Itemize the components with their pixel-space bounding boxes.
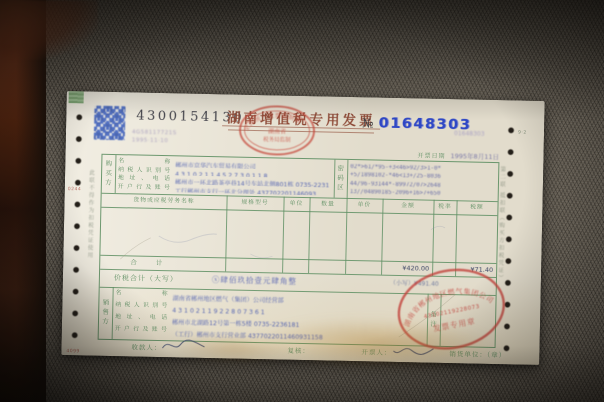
faint-print-line: 4G58117721S <box>132 129 177 136</box>
margin-code: 0244 <box>68 187 82 192</box>
qr-code <box>94 106 126 141</box>
faint-print-line: 1995·11·10 <box>132 137 169 144</box>
sprocket-holes-left <box>67 107 86 353</box>
serial-ghost-print: 01648303 <box>454 130 485 138</box>
issue-date-value: 1995年8月11日 <box>450 152 499 161</box>
numero-sign: № <box>362 116 374 130</box>
photo-scene: 0244 4099 9·2 4300154130 4G58117721S 199… <box>0 0 604 402</box>
stamp-center-text: 湖南省 <box>268 127 286 135</box>
left-edge-vertical-text: 此联不得作为扣税凭证使用 <box>84 169 95 309</box>
wood-frame-edge <box>0 0 46 402</box>
payee-label: 收款人： <box>131 342 161 352</box>
corner-print-mark <box>69 91 84 103</box>
wood-corner-highlight <box>0 0 98 60</box>
margin-code: 9·2 <box>518 130 527 135</box>
tax-supervision-stamp: 全国统一发票监制章 湖南省 税务局监制 <box>236 103 317 159</box>
invoice-paper: 0244 4099 9·2 4300154130 4G58117721S 199… <box>61 91 544 365</box>
issue-date-label: 开票日期 <box>417 152 445 160</box>
stamp-center-text: 税务局监制 <box>263 135 291 144</box>
